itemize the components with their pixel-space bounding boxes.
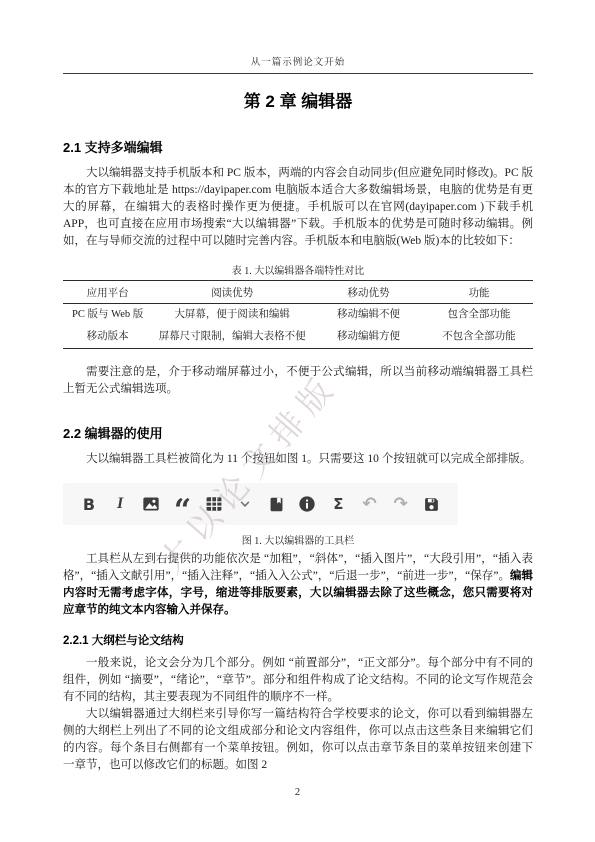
blockquote-icon: “ xyxy=(173,501,193,521)
insert-formula-icon: Σ xyxy=(328,494,348,514)
table-header-row: 应用平台 阅读优势 移动优势 功能 xyxy=(63,281,533,304)
table-cell: 不包含全部功能 xyxy=(425,326,533,349)
table-header-platform: 应用平台 xyxy=(63,281,152,304)
header-rule xyxy=(63,73,533,74)
table-row: PC 版与 Web 版 大屏幕，便于阅读和编辑 移动编辑不便 包含全部功能 xyxy=(63,304,533,327)
paragraph-outline-bar: 大以编辑器通过大纲栏来引导你写一篇结构符合学校要求的论文，你可以看到编辑器左侧的… xyxy=(63,706,533,774)
toolbar-functions-text: 工具栏从左到右提供的功能依次是 “加粗”，“斜体”，“插入图片”，“大段引用”，… xyxy=(63,553,533,582)
section-heading-2-2-1: 2.2.1 大纲栏与论文结构 xyxy=(63,632,533,648)
page-content: 从一篇示例论文开始 第 2 章 编辑器 2.1 支持多端编辑 大以编辑器支持手机… xyxy=(63,0,533,774)
table-cell: 屏幕尺寸限制，编辑大表格不便 xyxy=(152,326,312,349)
redo-icon: ↷ xyxy=(391,494,411,514)
paragraph-toolbar-functions: 工具栏从左到右提供的功能依次是 “加粗”，“斜体”，“插入图片”，“大段引用”，… xyxy=(63,551,533,619)
table-cell: 大屏幕，便于阅读和编辑 xyxy=(152,304,312,327)
save-icon xyxy=(422,494,442,514)
paragraph-paper-structure: 一般来说，论文会分为几个部分。例如 “前置部分”，“正文部分”。每个部分中有不同… xyxy=(63,655,533,706)
insert-image-icon xyxy=(141,494,161,514)
table-cell: PC 版与 Web 版 xyxy=(63,304,152,327)
table-cell: 移动版本 xyxy=(63,326,152,349)
running-head: 从一篇示例论文开始 xyxy=(63,54,533,68)
toolbar-figure: B I “ xyxy=(63,483,458,525)
figure-caption: 图 1. 大以编辑器的工具栏 xyxy=(63,532,533,547)
table-header-features: 功能 xyxy=(425,281,533,304)
paragraph-toolbar-intro: 大以编辑器工具栏被简化为 11 个按钮如图 1。只需要这 10 个按钮就可以完成… xyxy=(63,451,533,468)
table-caption: 表 1. 大以编辑器各端特性对比 xyxy=(63,262,533,277)
table-cell: 移动编辑方便 xyxy=(312,326,425,349)
insert-table-icon xyxy=(204,494,224,514)
section-heading-2-2: 2.2 编辑器的使用 xyxy=(63,423,533,442)
bold-icon: B xyxy=(79,494,99,514)
insert-note-icon xyxy=(297,494,317,514)
italic-icon: I xyxy=(110,494,130,514)
section-heading-2-1: 2.1 支持多端编辑 xyxy=(63,137,533,156)
document-page: 大以论文排版 从一篇示例论文开始 第 2 章 编辑器 2.1 支持多端编辑 大以… xyxy=(0,0,595,842)
table-cell: 移动编辑不便 xyxy=(312,304,425,327)
paragraph-multi-device: 大以编辑器支持手机版本和 PC 版本，两端的内容会自动同步(但应避免同时修改)。… xyxy=(63,165,533,250)
table-cell: 包含全部功能 xyxy=(425,304,533,327)
table-header-reading: 阅读优势 xyxy=(152,281,312,304)
comparison-table: 应用平台 阅读优势 移动优势 功能 PC 版与 Web 版 大屏幕，便于阅读和编… xyxy=(63,280,533,349)
insert-citation-icon xyxy=(266,494,286,514)
undo-icon: ↶ xyxy=(360,494,380,514)
page-number: 2 xyxy=(0,787,595,798)
paragraph-formula-note: 需要注意的是，介于移动端屏幕过小，不便于公式编辑，所以当前移动端编辑器工具栏上暂… xyxy=(63,364,533,398)
chapter-title: 第 2 章 编辑器 xyxy=(63,87,533,112)
chevron-down-icon xyxy=(235,494,255,514)
table-row: 移动版本 屏幕尺寸限制，编辑大表格不便 移动编辑方便 不包含全部功能 xyxy=(63,326,533,349)
table-header-mobile: 移动优势 xyxy=(312,281,425,304)
